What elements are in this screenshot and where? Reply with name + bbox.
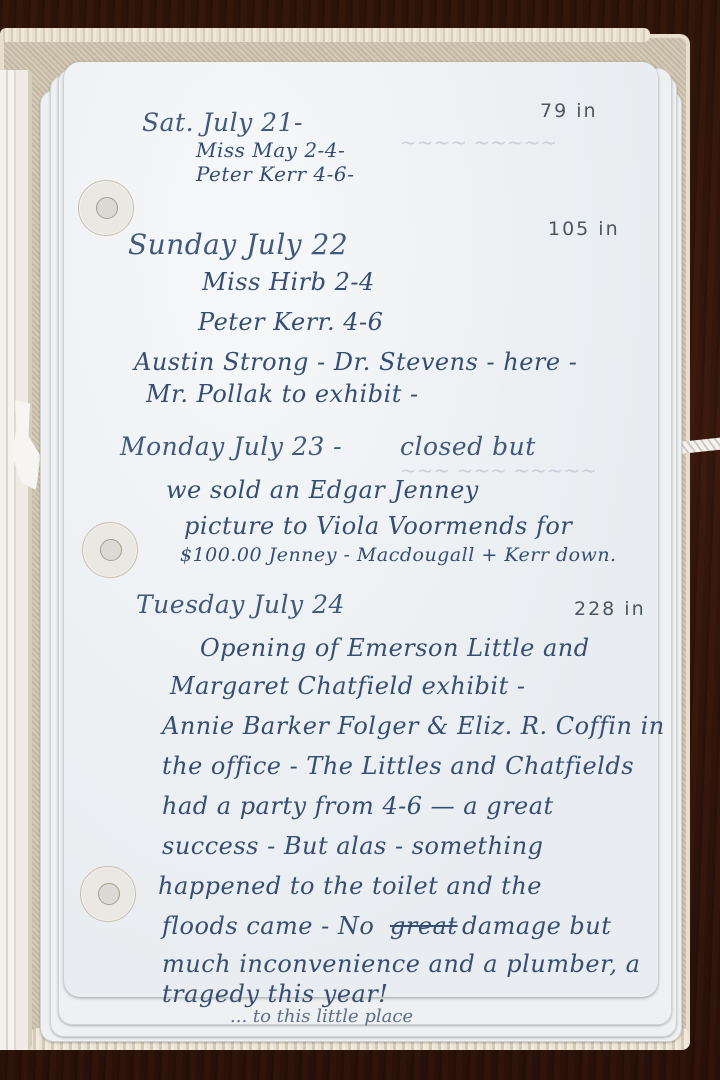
left-page-stack [0, 70, 32, 1050]
entry-date: Sat. July 21- [142, 108, 303, 137]
entry-line: Miss May 2-4- [196, 138, 345, 162]
binder-frayed-edge-top [0, 28, 650, 42]
entry-line: Mr. Pollak to exhibit - [146, 380, 419, 408]
entry-line: $100.00 Jenney - Macdougall + Kerr down. [180, 544, 617, 566]
entry-line: the office - The Littles and Chatfields [162, 752, 634, 780]
entry-line: floods came - No [162, 912, 374, 940]
entry-line: had a party from 4-6 — a great [162, 792, 554, 820]
entry-line: tragedy this year! [162, 980, 388, 1008]
attendance-count: 79 in [540, 100, 598, 122]
entry-line: success - But alas - something [162, 832, 544, 860]
attendance-count: 105 in [548, 218, 620, 240]
struck-out-word: great [390, 912, 458, 940]
entry-line: Peter Kerr 4-6- [196, 162, 354, 186]
entry-line: Miss Hirb 2-4 [202, 268, 375, 296]
entry-date: Sunday July 22 [128, 228, 348, 261]
punch-hole-reinforcement-middle [82, 522, 138, 578]
entry-date: Monday July 23 - [120, 432, 342, 461]
entry-line: we sold an Edgar Jenney [166, 476, 479, 504]
entry-line: Margaret Chatfield exhibit - [170, 672, 525, 700]
entry-line: damage but [462, 912, 611, 940]
entry-date: Tuesday July 24 [136, 590, 345, 619]
entry-line: Annie Barker Folger & Eliz. R. Coffin in [162, 712, 665, 740]
attendance-count: 228 in [574, 598, 646, 620]
punch-hole-reinforcement-top [78, 180, 134, 236]
entry-line: Peter Kerr. 4-6 [198, 308, 383, 336]
bleed-through-text: ~~~~ ~~~~~ [400, 130, 557, 154]
entry-line: Austin Strong - Dr. Stevens - here - [134, 348, 577, 376]
entry-date-note: closed but [400, 432, 536, 461]
underlying-page-text: ... to this little place [230, 1006, 413, 1027]
entry-line: picture to Viola Voormends for [184, 512, 572, 540]
entry-line: happened to the toilet and the [158, 872, 542, 900]
entry-line: Opening of Emerson Little and [200, 634, 590, 662]
entry-line: much inconvenience and a plumber, a [162, 950, 640, 978]
punch-hole-reinforcement-bottom [80, 866, 136, 922]
